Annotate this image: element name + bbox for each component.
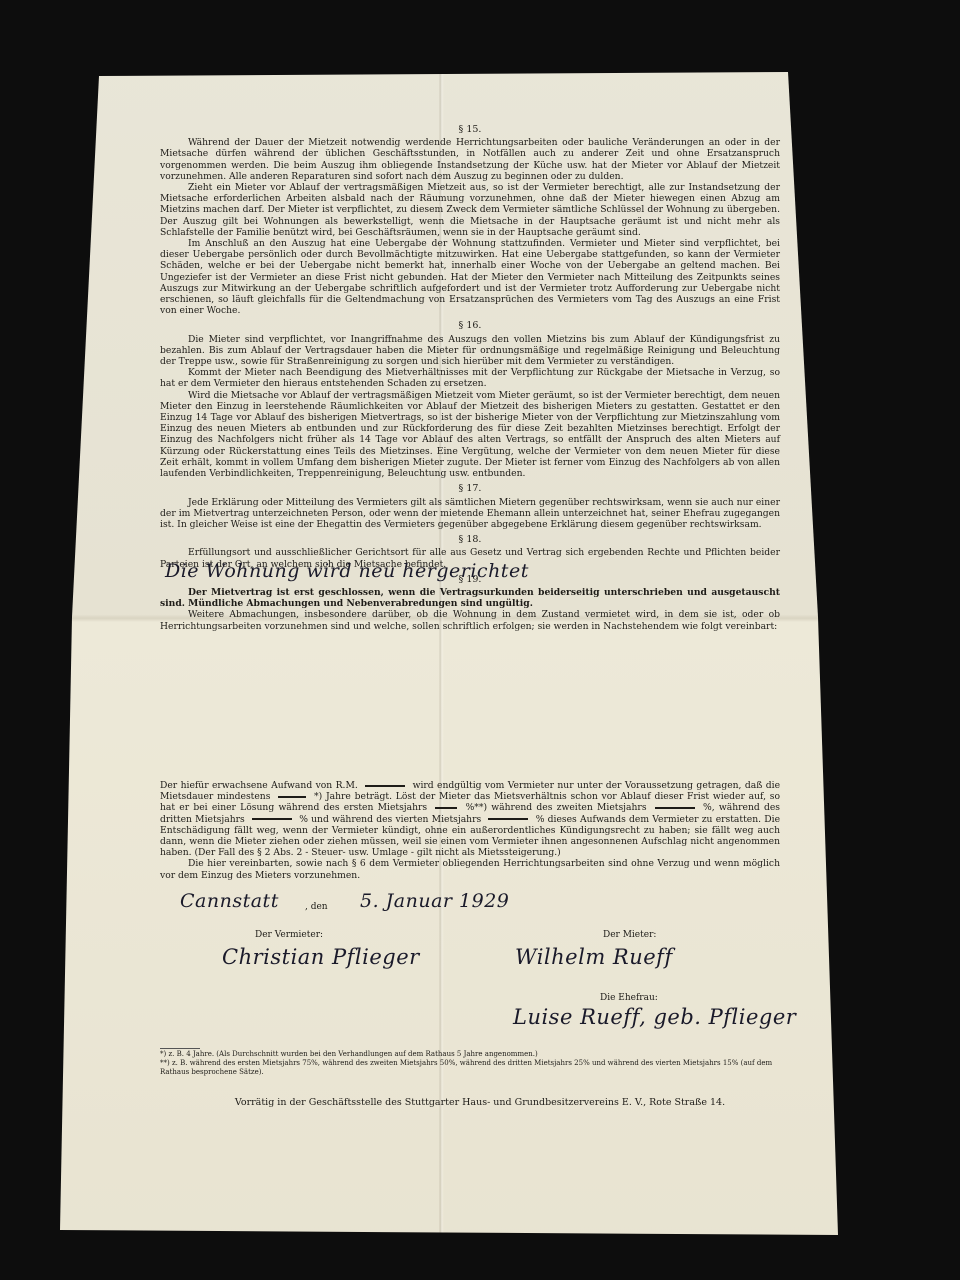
costs-paragraph-2: Die hier vereinbarten, sowie nach § 6 de… (160, 858, 780, 880)
section-19-paragraph: Weitere Abmachungen, insbesondere darübe… (160, 609, 780, 631)
costs-text: %**) während des zweiten Mietsjahrs (466, 802, 647, 813)
tenant-label: Der Mieter: (603, 930, 656, 940)
tenant-signature: Wilhelm Rueff (515, 945, 673, 969)
costs-text: Der hiefür erwachsene Aufwand von R.M. (160, 780, 358, 791)
section-19-bold-paragraph: Der Mietvertrag ist erst geschlossen, we… (160, 587, 780, 609)
section-heading-16: § 16. (160, 320, 780, 331)
costs-clause: Der hiefür erwachsene Aufwand von R.M. w… (160, 780, 780, 881)
wife-label: Die Ehefrau: (600, 993, 658, 1003)
footnotes: *) z. B. 4 Jahre. (Als Durchschnitt wurd… (160, 1050, 780, 1077)
place-handwritten: Cannstatt (180, 890, 279, 912)
publisher-imprint: Vorrätig in der Geschäftsstelle des Stut… (0, 1097, 960, 1108)
section-15-paragraph: Im Anschluß an den Auszug hat eine Ueber… (160, 238, 780, 316)
percent-blank-2 (655, 807, 695, 809)
percent-blank-4 (488, 818, 528, 820)
section-16-paragraph: Kommt der Mieter nach Beendigung des Mie… (160, 367, 780, 389)
section-15-paragraph: Während der Dauer der Mietzeit notwendig… (160, 137, 780, 182)
percent-blank-3 (252, 818, 292, 820)
section-heading-17: § 17. (160, 483, 780, 494)
den-label: , den (305, 902, 328, 912)
landlord-label: Der Vermieter: (255, 930, 323, 940)
section-heading-15: § 15. (160, 124, 780, 135)
contract-body: § 15. Während der Dauer der Mietzeit not… (160, 120, 780, 632)
wife-signature: Luise Rueff, geb. Pflieger (513, 1005, 796, 1029)
section-17-paragraph: Jede Erklärung oder Mitteilung des Vermi… (160, 497, 780, 531)
costs-text: % und während des vierten Mietsjahrs (299, 814, 481, 825)
footnote-2: **) z. B. während des ersten Mietsjahrs … (160, 1059, 780, 1077)
landlord-signature: Christian Pflieger (222, 945, 420, 969)
section-16-paragraph: Die Mieter sind verpflichtet, vor Inangr… (160, 334, 780, 368)
place-date-row: Cannstatt , den 5. Januar 1929 (180, 890, 780, 920)
footnote-divider (160, 1048, 200, 1049)
percent-blank-1 (435, 807, 457, 809)
section-16-paragraph: Wird die Mietsache vor Ablauf der vertra… (160, 390, 780, 480)
section-15-paragraph: Zieht ein Mieter vor Ablauf der vertrags… (160, 182, 780, 238)
years-blank (278, 796, 306, 798)
amount-blank (365, 785, 405, 787)
footnote-1: *) z. B. 4 Jahre. (Als Durchschnitt wurd… (160, 1050, 780, 1059)
section-heading-18: § 18. (160, 534, 780, 545)
handwritten-note: Die Wohnung wird neu hergerichtet (165, 560, 529, 582)
date-handwritten: 5. Januar 1929 (360, 890, 509, 912)
